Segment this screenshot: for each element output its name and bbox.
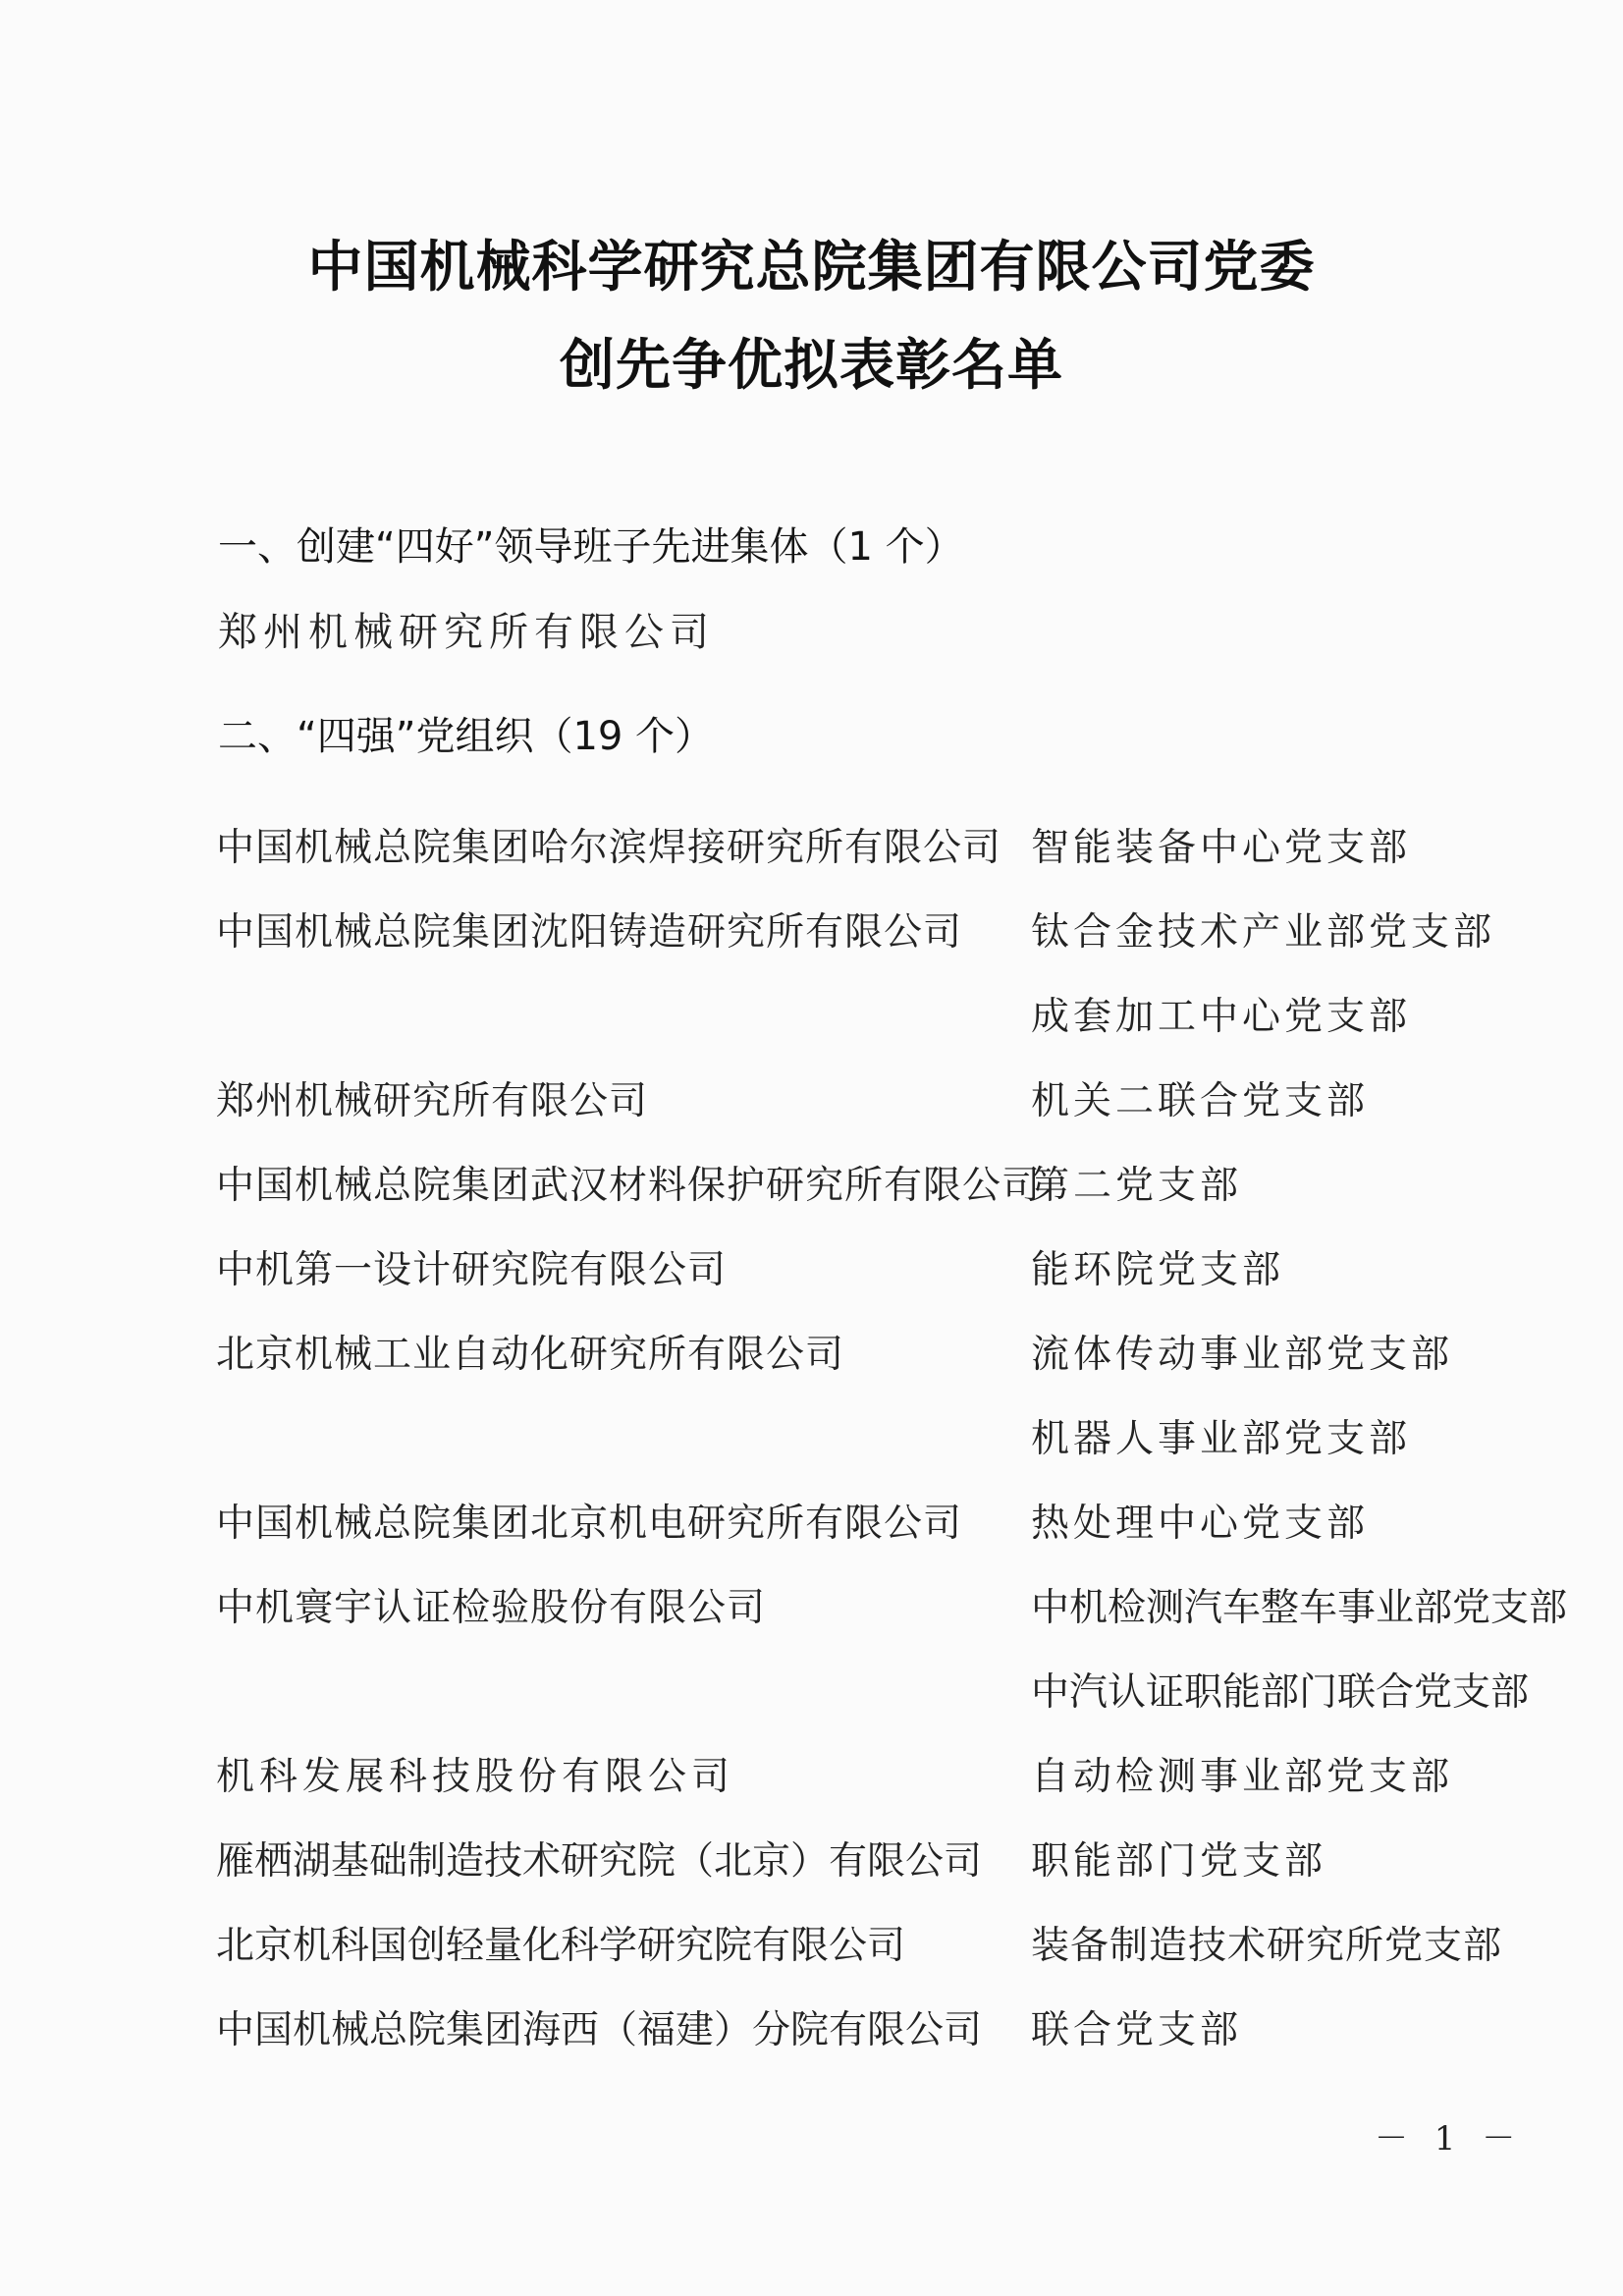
party-branch-name: 能环院党支部	[1031, 1239, 1284, 1294]
organization-name: 北京机科国创轻量化科学研究院有限公司	[216, 1915, 905, 1970]
list-row: 成套加工中心党支部	[0, 986, 1623, 1045]
organization-name: 中机第一设计研究院有限公司	[216, 1239, 727, 1294]
list-row: 中机寰宇认证检验股份有限公司 中机检测汽车整车事业部党支部	[0, 1577, 1623, 1636]
party-branch-name: 成套加工中心党支部	[1031, 986, 1411, 1041]
party-branch-name: 联合党支部	[1031, 1999, 1242, 2054]
party-branch-name: 钛合金技术产业部党支部	[1031, 902, 1495, 957]
organization-name: 雁栖湖基础制造技术研究院（北京）有限公司	[216, 1831, 982, 1886]
list-row: 机科发展科技股份有限公司 自动检测事业部党支部	[0, 1746, 1623, 1805]
document-title-line-1: 中国机械科学研究总院集团有限公司党委	[0, 224, 1623, 302]
list-row: 中机第一设计研究院有限公司 能环院党支部	[0, 1239, 1623, 1298]
list-row: 中国机械总院集团海西（福建）分院有限公司 联合党支部	[0, 1999, 1623, 2058]
organization-name: 中机寰宇认证检验股份有限公司	[216, 1577, 766, 1632]
party-branch-name: 机关二联合党支部	[1031, 1070, 1369, 1125]
party-branch-name: 职能部门党支部	[1031, 1831, 1326, 1886]
list-row: 机器人事业部党支部	[0, 1408, 1623, 1467]
list-row: 雁栖湖基础制造技术研究院（北京）有限公司 职能部门党支部	[0, 1831, 1623, 1889]
organization-name: 中国机械总院集团沈阳铸造研究所有限公司	[216, 902, 962, 957]
organization-name: 北京机械工业自动化研究所有限公司	[216, 1324, 844, 1379]
page-number: － 1 －	[1375, 2111, 1523, 2159]
party-branch-name: 流体传动事业部党支部	[1031, 1324, 1453, 1379]
list-row: 郑州机械研究所有限公司 机关二联合党支部	[0, 1070, 1623, 1129]
document-title-line-2: 创先争优拟表彰名单	[0, 322, 1623, 401]
list-row: 中国机械总院集团哈尔滨焊接研究所有限公司 智能装备中心党支部	[0, 817, 1623, 876]
organization-name: 中国机械总院集团哈尔滨焊接研究所有限公司	[216, 817, 1001, 872]
party-branch-name: 装备制造技术研究所党支部	[1031, 1915, 1502, 1970]
list-row: 中汽认证职能部门联合党支部	[0, 1662, 1623, 1721]
party-branch-name: 中汽认证职能部门联合党支部	[1031, 1662, 1529, 1717]
party-branch-name: 中机检测汽车整车事业部党支部	[1031, 1577, 1567, 1632]
party-branch-name: 自动检测事业部党支部	[1031, 1746, 1453, 1801]
party-branch-name: 智能装备中心党支部	[1031, 817, 1411, 872]
party-branch-name: 热处理中心党支部	[1031, 1493, 1369, 1548]
list-row: 北京机械工业自动化研究所有限公司 流体传动事业部党支部	[0, 1324, 1623, 1383]
list-row: 中国机械总院集团北京机电研究所有限公司 热处理中心党支部	[0, 1493, 1623, 1552]
section-1-heading: 一、创建“四好”领导班子先进集体（1 个）	[218, 516, 964, 572]
list-row: 中国机械总院集团武汉材料保护研究所有限公司 第二党支部	[0, 1155, 1623, 1214]
organization-name: 机科发展科技股份有限公司	[216, 1746, 734, 1801]
list-row: 北京机科国创轻量化科学研究院有限公司 装备制造技术研究所党支部	[0, 1915, 1623, 1974]
section-1-item: 郑州机械研究所有限公司	[218, 601, 715, 657]
section-2-heading: 二、“四强”党组织（19 个）	[218, 705, 714, 761]
organization-name: 中国机械总院集团武汉材料保护研究所有限公司	[216, 1155, 1041, 1210]
party-branch-name: 第二党支部	[1031, 1155, 1242, 1210]
organization-name: 中国机械总院集团海西（福建）分院有限公司	[216, 1999, 982, 2054]
list-row: 中国机械总院集团沈阳铸造研究所有限公司 钛合金技术产业部党支部	[0, 902, 1623, 960]
party-branch-name: 机器人事业部党支部	[1031, 1408, 1411, 1463]
organization-name: 中国机械总院集团北京机电研究所有限公司	[216, 1493, 962, 1548]
organization-name: 郑州机械研究所有限公司	[216, 1070, 648, 1125]
